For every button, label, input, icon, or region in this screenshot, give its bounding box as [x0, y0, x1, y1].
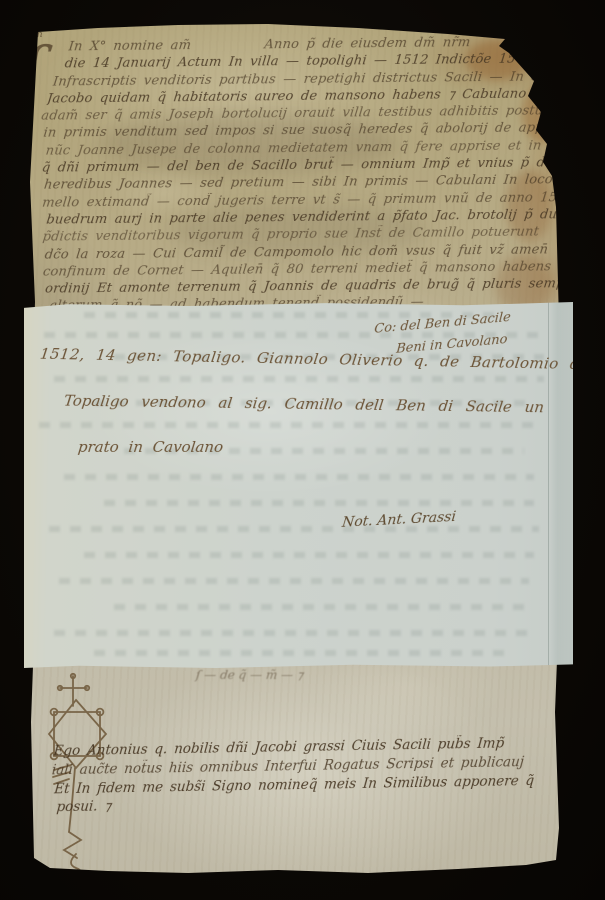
ghost-text-row [64, 474, 534, 480]
ghost-text-row [84, 552, 534, 558]
ghost-text-row [104, 500, 534, 506]
notarial-subscription-block: Ego Antonius q. nobilis dñi Jacobi grass… [53, 734, 556, 818]
manuscript-partial-line: ſ — de q̃ — m̃ — ⁊ [195, 668, 557, 682]
ghost-text-row [59, 578, 529, 584]
regesto-body-line: Topaligo vendono al sig. Camillo dell Be… [63, 392, 545, 417]
photo-background: un̄ ʃ In X° nomine am̃ Anno p̃ die eiusd… [0, 0, 605, 900]
regesto-place-line: prato in Cavolano [77, 438, 224, 456]
ghost-text-row [49, 526, 539, 532]
ghost-text-row [39, 422, 539, 428]
ghost-text-row [114, 604, 524, 610]
ghost-text-row [54, 376, 544, 382]
manuscript-text-block: In X° nomine am̃ Anno p̃ die eiusdem dm̃… [38, 33, 567, 332]
ghost-text-row [54, 630, 534, 636]
regesto-date-line: 1512, 14 gen: Topaligo. Giannolo Oliveri… [39, 345, 586, 373]
note-slip: Co: del Ben di Sacile Beni in Cavolano 1… [24, 302, 573, 668]
ghost-text-row [94, 650, 514, 656]
